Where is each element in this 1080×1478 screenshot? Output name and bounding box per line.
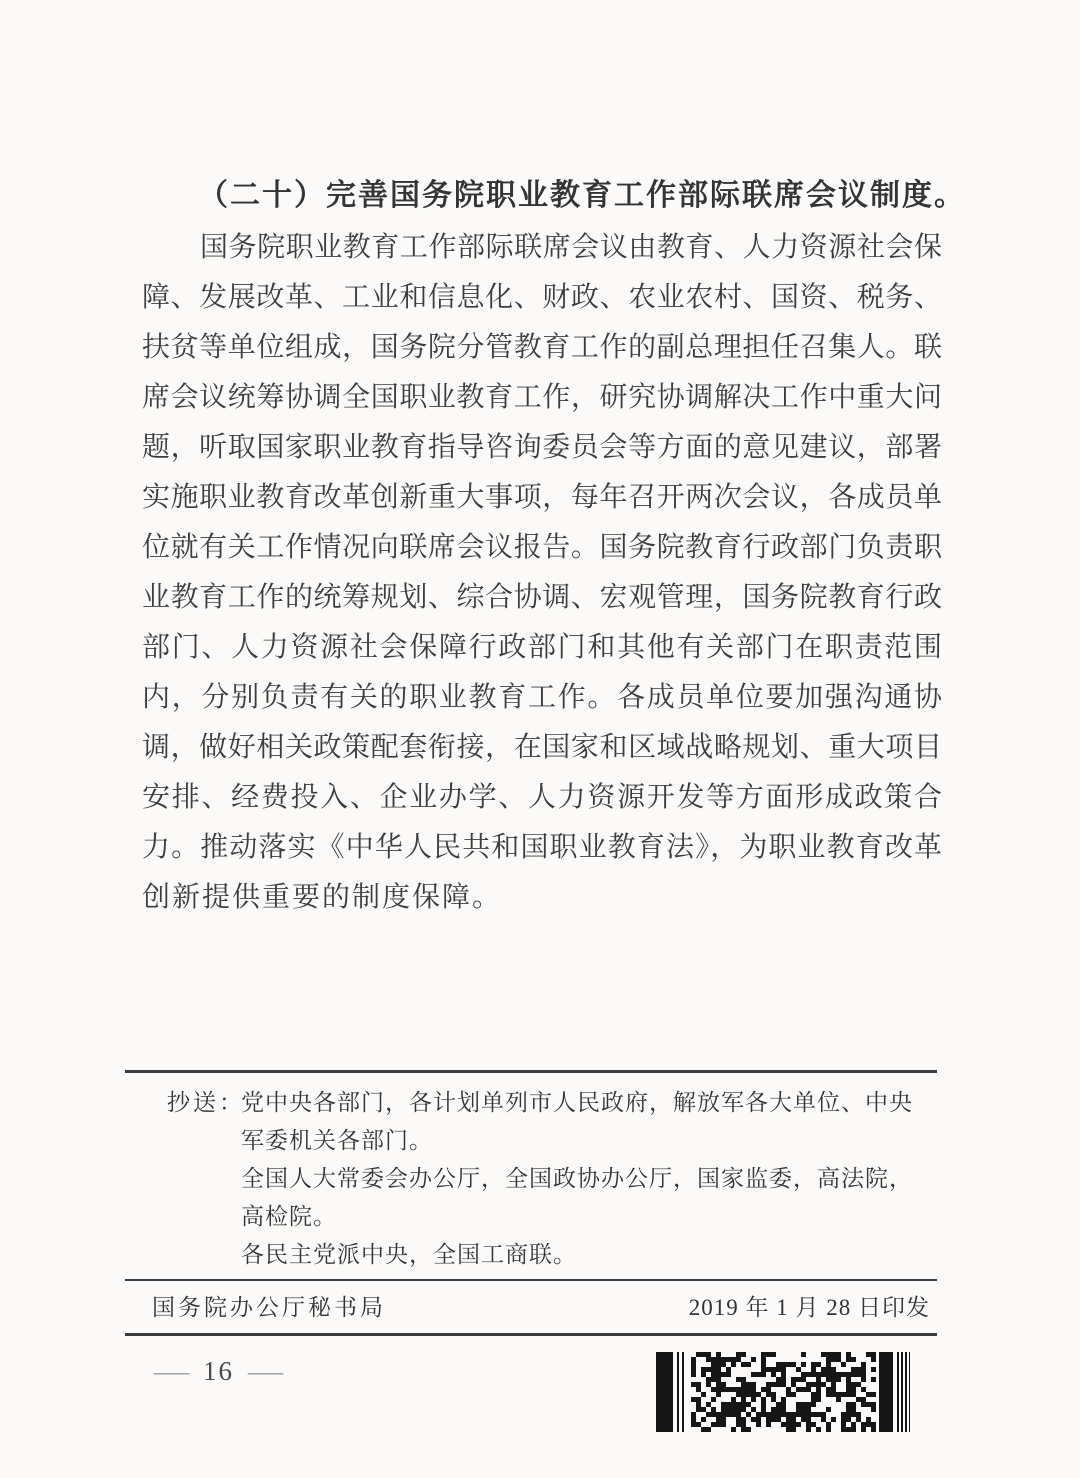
distribution-line: 各民主党派中央，全国工商联。 (241, 1236, 941, 1274)
body-line: 题，听取国家职业教育指导咨询委员会等方面的意见建议，部署 (142, 423, 942, 473)
barcode-matrix (691, 1352, 876, 1432)
body-line: 创新提供重要的制度保障。 (142, 873, 942, 923)
barcode-right-bar (879, 1352, 893, 1432)
document-page: （二十）完善国务院职业教育工作部际联席会议制度。 国务院职业教育工作部际联席会议… (0, 0, 1080, 1478)
barcode-left-stripes (677, 1352, 687, 1432)
body-line: 实施职业教育改革创新重大事项，每年召开两次会议，各成员单 (142, 473, 942, 523)
section-heading: （二十）完善国务院职业教育工作部际联席会议制度。 (142, 170, 998, 222)
imprint-row: 国务院办公厅秘书局 2019 年 1 月 28 日印发 (152, 1286, 930, 1330)
divider-above-imprint (125, 1279, 937, 1281)
body-line: 障、发展改革、工业和信息化、财政、农业农村、国资、税务、 (142, 273, 942, 323)
body-line: 部门、人力资源社会保障行政部门和其他有关部门在职责范围 (142, 623, 942, 673)
barcode-left-bar (656, 1352, 673, 1432)
barcode-right-stripes (897, 1352, 910, 1432)
distribution-line: 党中央各部门，各计划单列市人民政府，解放军各大单位、中央 (241, 1084, 941, 1122)
distribution-line: 军委机关各部门。 (241, 1122, 941, 1160)
body-line: 安排、经费投入、企业办学、人力资源开发等方面形成政策合 (142, 773, 942, 823)
document-barcode (656, 1352, 916, 1432)
page-number-right-dash: — (248, 1356, 283, 1387)
body-line: 业教育工作的统筹规划、综合协调、宏观管理，国务院教育行政 (142, 573, 942, 623)
body-line: 力。推动落实《中华人民共和国职业教育法》，为职业教育改革 (142, 823, 942, 873)
body-paragraph: 国务院职业教育工作部际联席会议由教育、人力资源社会保 障、发展改革、工业和信息化… (142, 223, 942, 923)
distribution-line: 全国人大常委会办公厅，全国政协办公厅，国家监委，高法院， (241, 1160, 941, 1198)
body-line: 席会议统筹协调全国职业教育工作，研究协调解决工作中重大问 (142, 373, 942, 423)
distribution-label: 抄送： (167, 1084, 245, 1122)
body-line: 国务院职业教育工作部际联席会议由教育、人力资源社会保 (142, 223, 942, 273)
divider-above-distribution (125, 1070, 937, 1073)
body-line: 内，分别负责有关的职业教育工作。各成员单位要加强沟通协 (142, 673, 942, 723)
print-date: 2019 年 1 月 28 日印发 (689, 1286, 930, 1330)
page-number-value: 16 (203, 1356, 234, 1387)
distribution-block: 党中央各部门，各计划单列市人民政府，解放军各大单位、中央 军委机关各部门。 全国… (241, 1084, 941, 1274)
distribution-line: 高检院。 (241, 1198, 941, 1236)
page-number: — 16 — (158, 1352, 279, 1390)
body-line: 调，做好相关政策配套衔接，在国家和区域战略规划、重大项目 (142, 723, 942, 773)
page-number-left-dash: — (154, 1356, 189, 1387)
body-line: 扶贫等单位组成，国务院分管教育工作的副总理担任召集人。联 (142, 323, 942, 373)
body-line: 位就有关工作情况向联席会议报告。国务院教育行政部门负责职 (142, 523, 942, 573)
divider-below-imprint (125, 1333, 937, 1336)
issuing-office: 国务院办公厅秘书局 (152, 1286, 386, 1330)
